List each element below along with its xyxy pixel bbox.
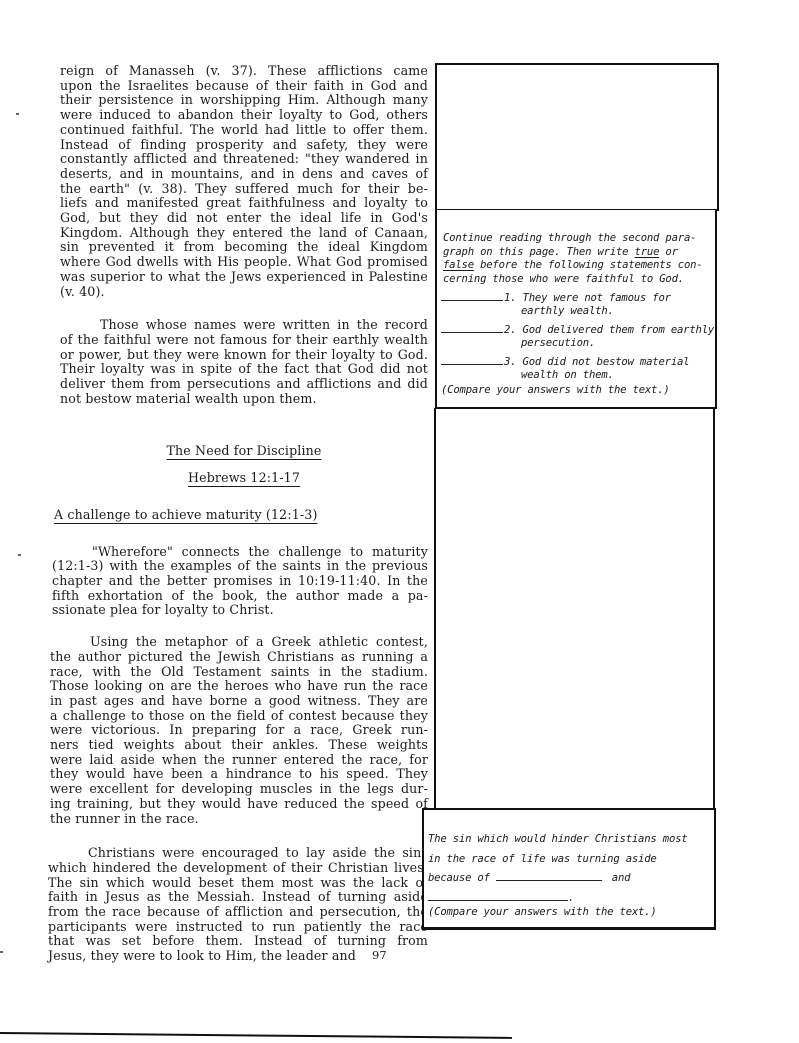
text-line: Using the metaphor of a Greek athletic c…	[50, 635, 428, 650]
text-line: were laid aside when the runner entered …	[50, 753, 428, 768]
text-line: of the faithful were not famous for thei…	[60, 333, 428, 348]
true-false-item-1: 1. They were not famous for earthly weal…	[441, 290, 717, 319]
text-line: where God dwells with His people. What G…	[60, 255, 428, 270]
text-line: reign of Manasseh (v. 37). These afflict…	[60, 64, 428, 79]
section-title: The Need for Discipline	[60, 444, 428, 459]
text-line: ssionate plea for loyalty to Christ.	[52, 603, 428, 618]
fill-in-blank-1[interactable]	[496, 870, 602, 881]
section-title-text: The Need for Discipline	[166, 443, 321, 458]
text-line: in past ages and have borne a good witne…	[50, 694, 428, 709]
text-line: not bestow material wealth upon them.	[60, 392, 428, 407]
text-line: Kingdom. Although they entered the land …	[60, 226, 428, 241]
text-line: continued faithful. The world had little…	[60, 123, 428, 138]
question-line: because ofand	[428, 869, 708, 889]
text-line: deserts, and in mountains, and in dens a…	[60, 167, 428, 182]
fill-in-blank-2[interactable]	[428, 890, 568, 901]
text-line: the author pictured the Jewish Christian…	[50, 650, 428, 665]
scan-speck	[18, 554, 21, 556]
text-line: race, with the Old Testament saints in t…	[50, 665, 428, 680]
paragraph-affliction-of-faithful: reign of Manasseh (v. 37). These afflict…	[60, 64, 428, 299]
keyword-false: false	[443, 259, 474, 271]
text-line: the earth" (v. 38). They suffered much f…	[60, 182, 428, 197]
text-line: or power, but they were known for their …	[60, 348, 428, 363]
empty-margin-box-top	[435, 63, 719, 211]
fill-in-exercise-box: The sin which would hinder Christians mo…	[422, 808, 716, 930]
text-line: the runner in the race.	[50, 812, 428, 827]
text-line: were induced to abandon their loyalty to…	[60, 108, 428, 123]
text-line: chapter and the better promises in 10:19…	[52, 574, 428, 589]
compare-answers-note: (Compare your answers with the text.)	[428, 906, 657, 918]
instruction-line: Continue reading through the second para…	[443, 232, 711, 246]
fill-in-question: The sin which would hinder Christians mo…	[428, 830, 708, 908]
text-line: which hindered the development of their …	[48, 861, 428, 876]
body-text-column: reign of Manasseh (v. 37). These afflict…	[60, 64, 428, 964]
section-reference: Hebrews 12:1-17	[60, 471, 428, 486]
instruction-line: graph on this page. Then write true or	[443, 246, 711, 260]
text-line: "Wherefore" connects the challenge to ma…	[52, 545, 428, 560]
text-line: ing training, but they would have reduce…	[50, 797, 428, 812]
scan-speck	[0, 951, 3, 953]
text-line: from the race because of affliction and …	[48, 905, 428, 920]
text-line: Christians were encouraged to lay aside …	[48, 846, 428, 861]
document-page: reign of Manasseh (v. 37). These afflict…	[0, 0, 799, 1043]
text-line: (12:1-3) with the examples of the saints…	[52, 559, 428, 574]
text-line: (v. 40).	[60, 285, 428, 300]
text-line: God, but they did not enter the ideal li…	[60, 211, 428, 226]
text-line: Those looking on are the heroes who have…	[50, 679, 428, 694]
text-line: deliver them from persecutions and affli…	[60, 377, 428, 392]
exercise-instructions: Continue reading through the second para…	[443, 232, 711, 286]
text-line: liefs and manifested great faithfulness …	[60, 196, 428, 211]
true-false-exercise-box: Continue reading through the second para…	[435, 209, 717, 409]
text-line: was superior to what the Jews experience…	[60, 270, 428, 285]
text-line: Those whose names were written in the re…	[60, 318, 428, 333]
question-line: in the race of life was turning aside	[428, 850, 708, 870]
text-line: they would have been a hindrance to his …	[50, 767, 428, 782]
text-line: sin prevented it from becoming the ideal…	[60, 240, 428, 255]
text-line: Instead of finding prosperity and safety…	[60, 138, 428, 153]
scan-speck	[16, 113, 19, 115]
text-line: were victorious. In preparing for a race…	[50, 723, 428, 738]
section-reference-text: Hebrews 12:1-17	[188, 470, 300, 485]
text-line: upon the Israelites because of their fai…	[60, 79, 428, 94]
text-line: faith in Jesus as the Messiah. Instead o…	[48, 890, 428, 905]
true-false-item-3: 3. God did not bestow material wealth on…	[441, 354, 717, 383]
paragraph-athletic-metaphor: Using the metaphor of a Greek athletic c…	[50, 635, 428, 826]
empty-margin-box-middle	[434, 408, 715, 810]
text-line: a challenge to those on the field of con…	[50, 709, 428, 724]
instruction-line: cerning those who were faithful to God.	[443, 273, 711, 287]
text-line: that was set before them. Instead of tur…	[48, 934, 428, 949]
answer-blank-3[interactable]	[441, 354, 503, 365]
subsection-title-text: A challenge to achieve maturity (12:1-3)	[54, 507, 318, 522]
text-line: constantly afflicted and threatened: "th…	[60, 152, 428, 167]
paragraph-wherefore: "Wherefore" connects the challenge to ma…	[52, 545, 428, 619]
text-line: their persistence in worshipping Him. Al…	[60, 93, 428, 108]
question-line: The sin which would hinder Christians mo…	[428, 830, 708, 850]
keyword-true: true	[635, 246, 660, 258]
answer-blank-2[interactable]	[441, 322, 503, 333]
true-false-item-2: 2. God delivered them from earthly perse…	[441, 322, 717, 351]
paragraph-lay-aside-sins: Christians were encouraged to lay aside …	[48, 846, 428, 964]
compare-answers-note: (Compare your answers with the text.)	[441, 384, 670, 396]
text-line: ners tied weights about their ankles. Th…	[50, 738, 428, 753]
subsection-title: A challenge to achieve maturity (12:1-3)	[54, 508, 428, 523]
answer-blank-1[interactable]	[441, 290, 503, 301]
text-line: participants were instructed to run pati…	[48, 920, 428, 935]
text-line: fifth exhortation of the book, the autho…	[52, 589, 428, 604]
paragraph-names-in-record: Those whose names were written in the re…	[60, 318, 428, 406]
text-line: Jesus, they were to look to Him, the lea…	[48, 949, 428, 964]
text-line: The sin which would beset them most was …	[48, 876, 428, 891]
page-number: 97	[372, 948, 387, 962]
text-line: were excellent for developing muscles in…	[50, 782, 428, 797]
bottom-scan-edge-line	[0, 1032, 512, 1039]
text-line: Their loyalty was in spite of the fact t…	[60, 362, 428, 377]
instruction-line: false before the following statements co…	[443, 259, 711, 273]
